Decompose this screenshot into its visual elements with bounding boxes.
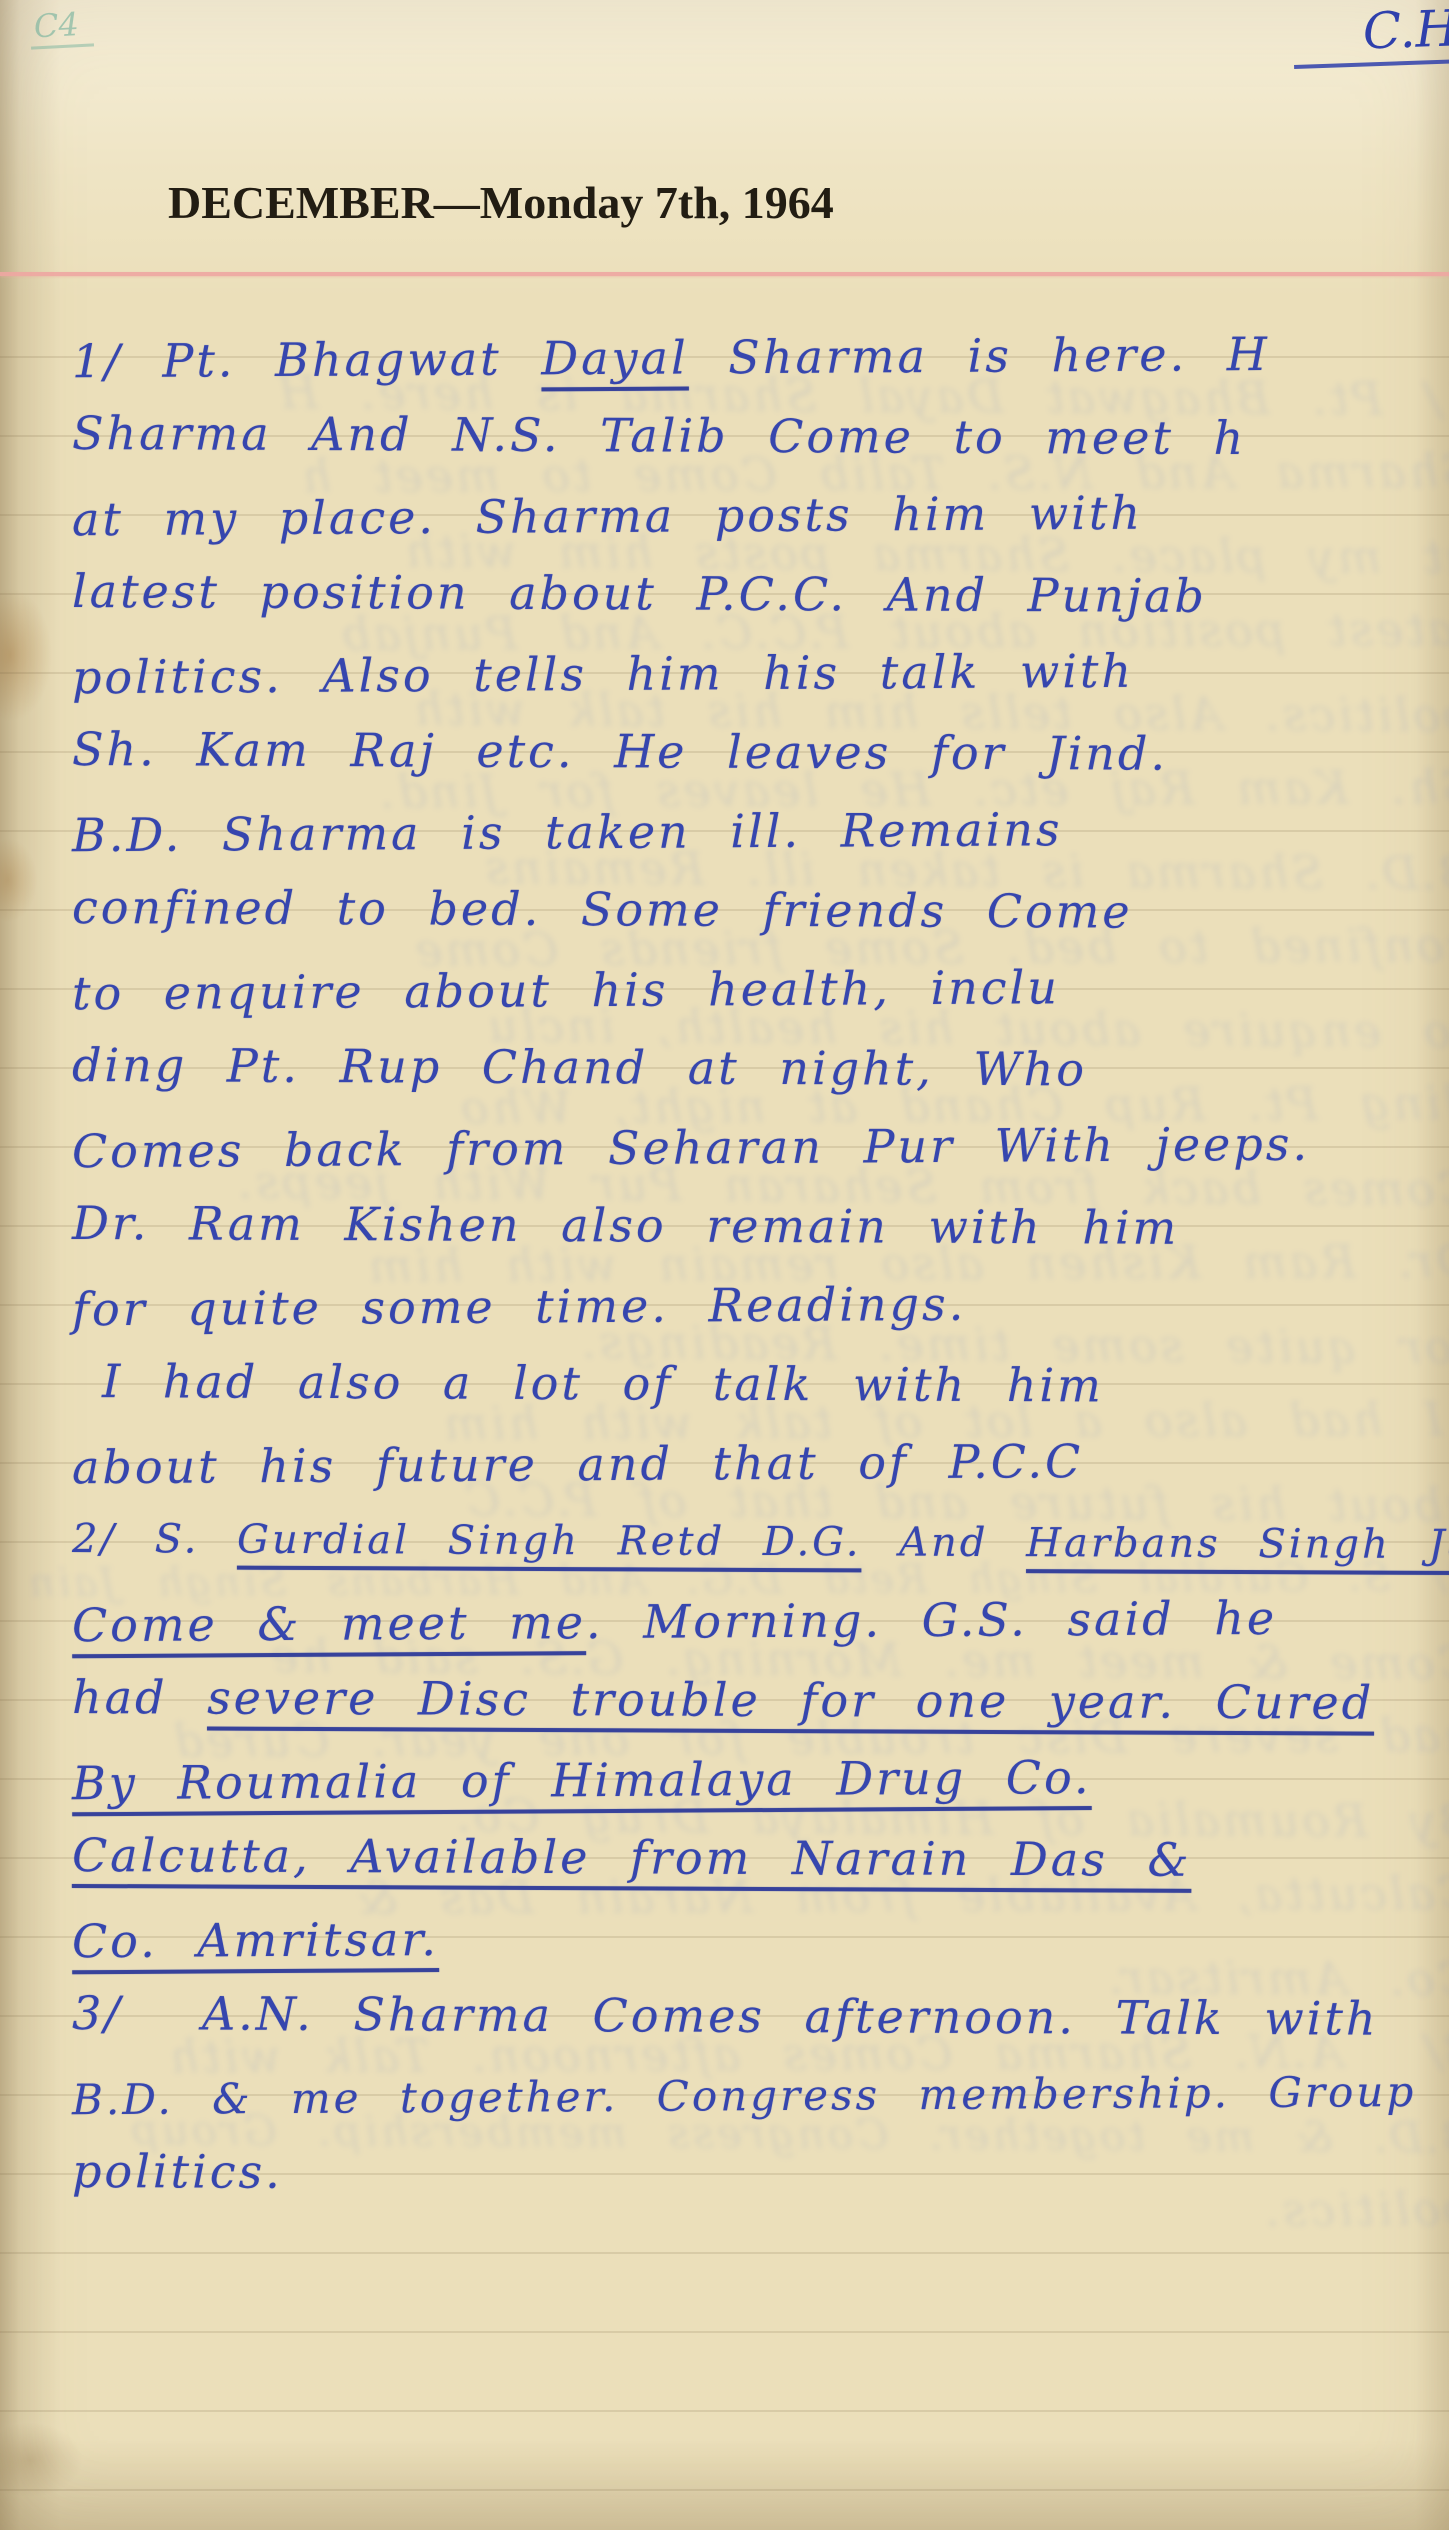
text: 1/ Pt. Bhagwat [72,331,542,388]
text: to enquire about his health, inclu [72,960,1060,1020]
text: Comes back from Seharan Pur With jeeps. [72,1117,1310,1179]
diary-page: C4 C.H DECEMBER—Monday 7th, 1964 1/ Pt. … [0,0,1449,2530]
text: Dr. Ram Kishen also remain with him [72,1196,1179,1255]
text: politics. Also tells him his talk with [72,644,1134,704]
text: B.D. Sharma is taken ill. Remains [72,802,1063,862]
text: I had also a lot of talk with him [102,1354,1104,1412]
entry-line: Sharma And N.S. Talib Come to meet h [72,394,1449,479]
entry-line: at my place. Sharma posts him with [72,472,1449,560]
text: latest position about P.C.C. And Punjab [72,564,1207,623]
page-title: DECEMBER—Monday 7th, 1964 [168,176,834,229]
entry-line: ding Pt. Rup Chand at night, Who [72,1026,1449,1111]
entry-line: had severe Disc trouble for one year. Cu… [72,1658,1449,1743]
underlined-text: Calcutta, Available from Narain Das & [72,1828,1192,1887]
underlined-text: Co. Amritsar. [72,1912,439,1968]
entry-line: about his future and that of P.C.C [72,1420,1449,1508]
entry-line: Come & meet me. Morning. G.S. said he [72,1578,1449,1666]
entry-line: Calcutta, Available from Narain Das & [72,1816,1449,1901]
entry-lines: 1/ Pt. Bhagwat Dayal Sharma is here. HSh… [72,318,1449,2214]
underlined-text: Dayal [541,331,689,386]
underlined-text: By Roumalia of Himalaya Drug Co. [72,1750,1092,1810]
entry-line: 1/ Pt. Bhagwat Dayal Sharma is here. H [72,314,1449,402]
text: Sharma And N.S. Talib Come to meet h [72,406,1246,465]
text: politics. [72,2144,283,2199]
underlined-text: Harbans Singh Jain [1026,1520,1449,1568]
entry-line: By Roumalia of Himalaya Drug Co. [72,1736,1449,1824]
text: at my place. Sharma posts him with [72,486,1143,547]
entry-line: to enquire about his health, inclu [72,946,1449,1034]
text: about his future and that of P.C.C [72,1434,1084,1494]
underlined-text: Gurdial Singh Retd D.G. [237,1517,862,1566]
entry-line: politics. [72,2132,1449,2217]
text: Sharma is here. H [689,327,1271,385]
entry-line: B.D. & me together. Congress membership.… [72,2052,1449,2140]
entry-line: for quite some time. Readings. [72,1262,1449,1350]
text: ding Pt. Rup Chand at night, Who [72,1038,1087,1096]
underlined-text: Come & meet me [72,1595,586,1652]
entry-line: I had also a lot of talk with him [72,1342,1449,1427]
text: confined to bed. Some friends Come [72,880,1133,939]
corner-annotation-right: C.H [1292,0,1449,69]
text: . Morning. G.S. said he [586,1591,1278,1649]
entry-line: latest position about P.C.C. And Punjab [72,552,1449,637]
text: Sh. Kam Raj etc. He leaves for Jind. [72,722,1168,781]
entry-line: confined to bed. Some friends Come [72,868,1449,953]
entry-line: Co. Amritsar. [72,1894,1449,1982]
entry-line: politics. Also tells him his talk with [72,630,1449,718]
entry-line: Sh. Kam Raj etc. He leaves for Jind. [72,710,1449,795]
text: B.D. & me together. Congress membership.… [72,2067,1417,2124]
text: 2/ S. [72,1516,237,1563]
text: for quite some time. Readings. [72,1277,967,1336]
text: had [72,1670,207,1725]
entry-line: 2/ S. Gurdial Singh Retd D.G. And Harban… [72,1500,1449,1585]
entry-line: 3/ A.N. Sharma Comes afternoon. Talk wit… [72,1974,1449,2059]
text: 3/ A.N. Sharma Comes afternoon. Talk wit… [72,1986,1379,2046]
corner-annotation-left: C4 [29,4,94,49]
underlined-text: severe Disc trouble for one year. Cured [207,1671,1374,1730]
entry-line: B.D. Sharma is taken ill. Remains [72,788,1449,876]
entry-line: Comes back from Seharan Pur With jeeps. [72,1104,1449,1192]
header-divider [0,272,1449,276]
text: And [861,1519,1026,1566]
entry-line: Dr. Ram Kishen also remain with him [72,1184,1449,1269]
